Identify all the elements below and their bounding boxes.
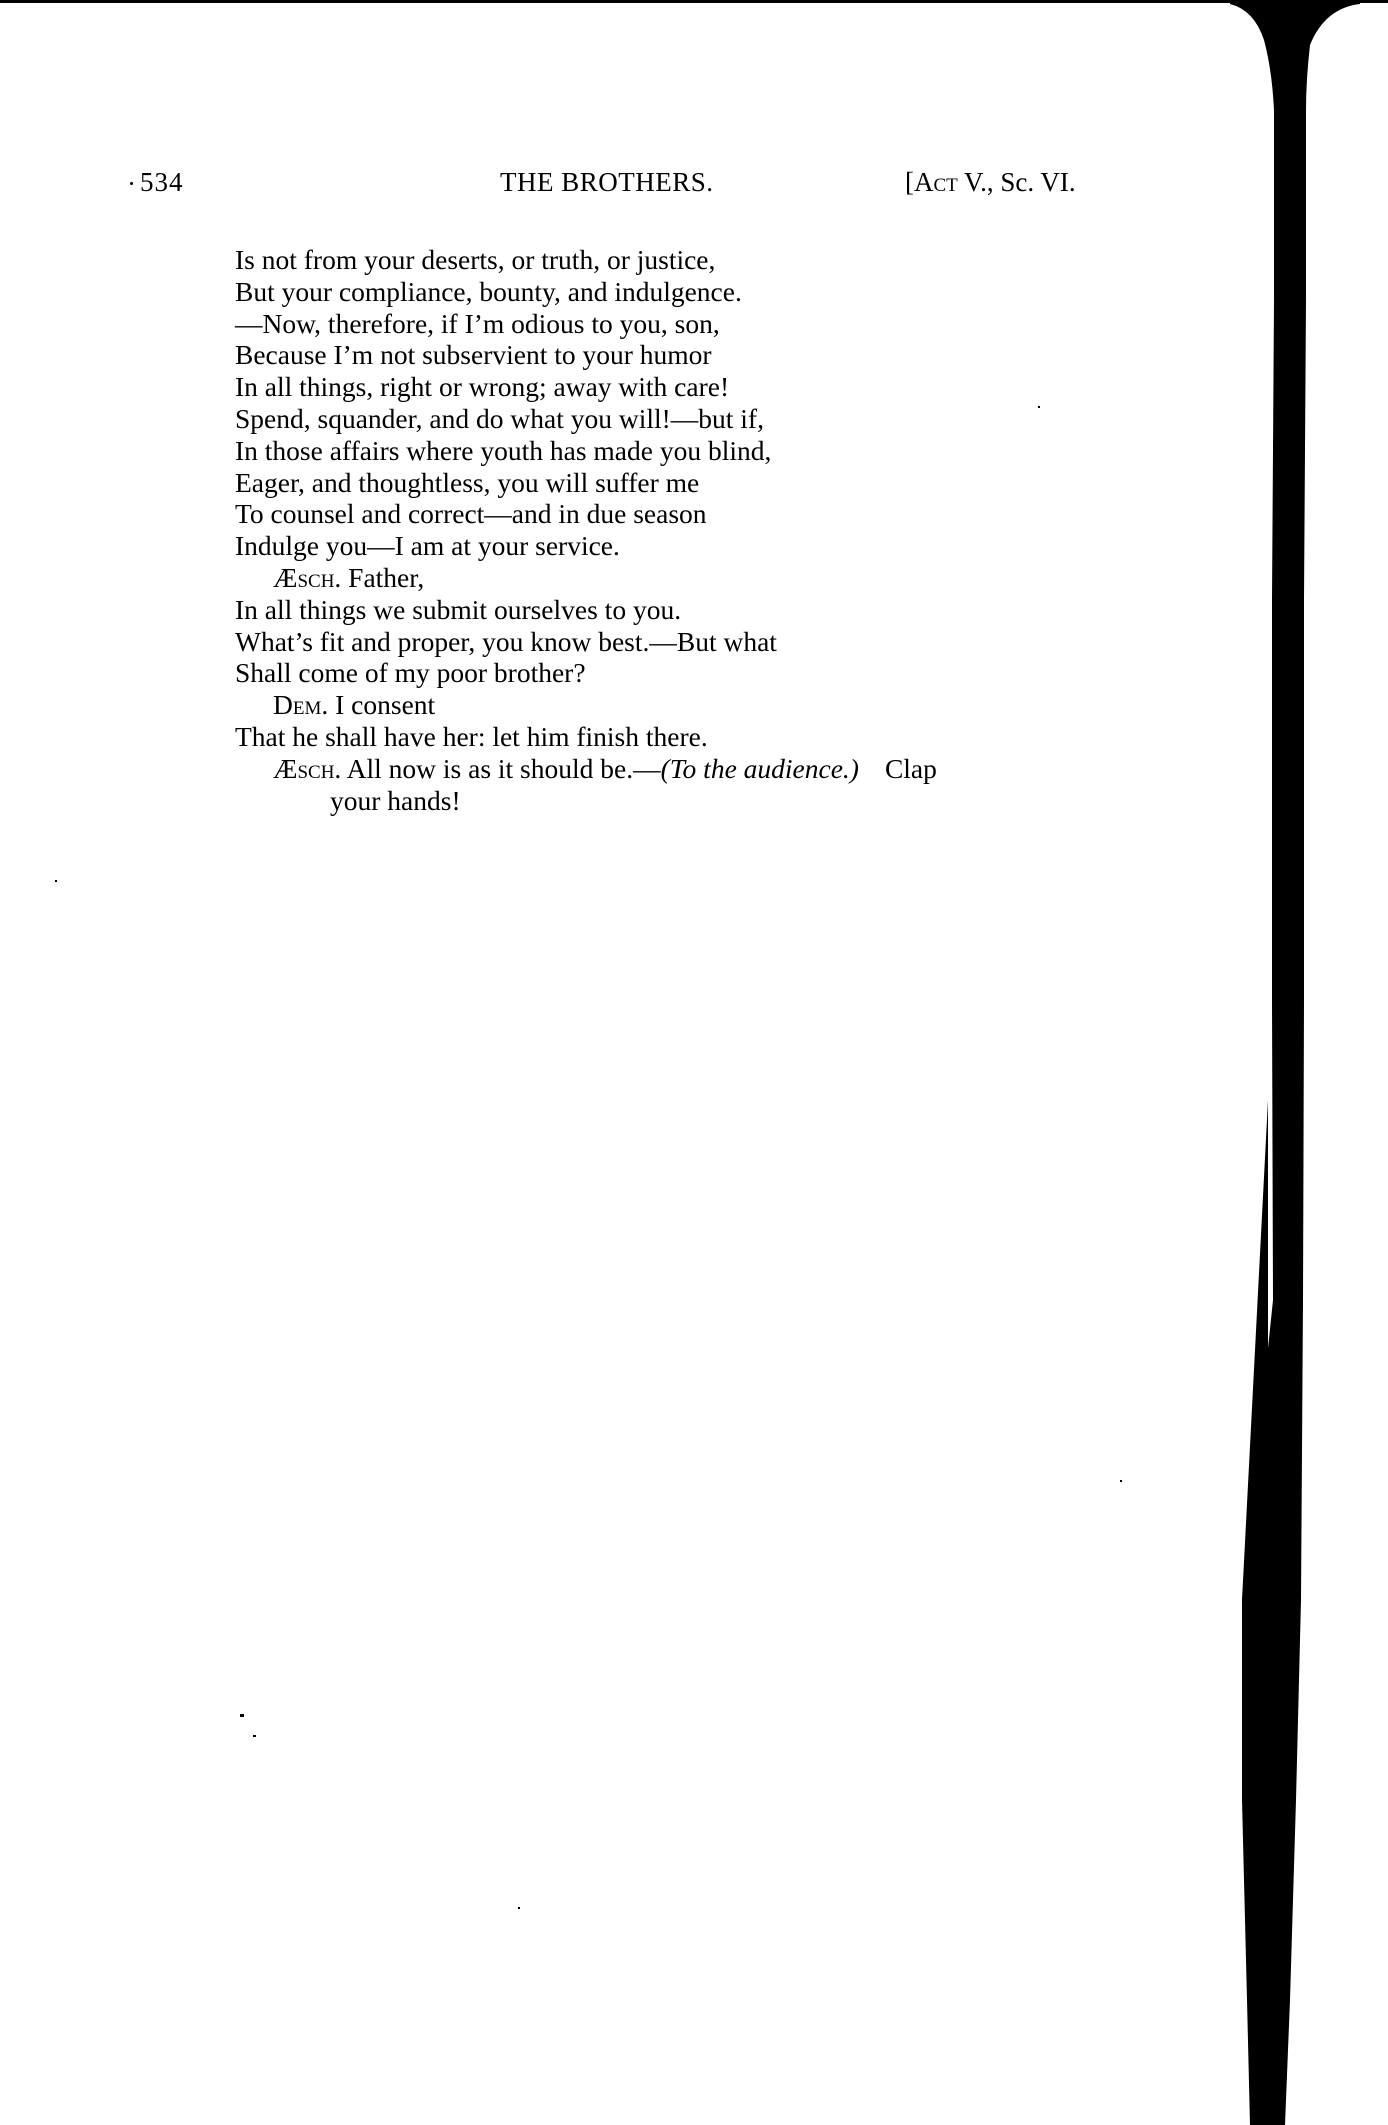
speech-text: Clap <box>885 753 937 784</box>
page-speck <box>1038 406 1040 408</box>
speech-text: I consent <box>335 689 435 720</box>
verse-line: To counsel and correct—and in due season <box>235 498 1175 530</box>
verse-line: In all things we submit ourselves to you… <box>235 594 1175 626</box>
page-number: 534 <box>140 167 184 198</box>
verse-line: Eager, and thoughtless, you will suffer … <box>235 467 1175 499</box>
verse-line: Æsch. All now is as it should be.—(To th… <box>235 753 1175 785</box>
verse-line: your hands! <box>235 785 1175 817</box>
page-speck <box>518 1907 520 1909</box>
speech-text: All now is as it should be.— <box>347 753 661 784</box>
verse-body: Is not from your deserts, or truth, or j… <box>235 244 1175 816</box>
verse-line: Indulge you—I am at your service. <box>235 530 1175 562</box>
page-top-edge <box>0 0 1388 3</box>
speech-text: Father, <box>348 562 424 593</box>
page-speck <box>253 1735 256 1737</box>
running-title: THE BROTHERS. <box>500 167 714 198</box>
bracket: [ <box>905 167 914 197</box>
scene-number: VI. <box>1040 167 1075 197</box>
page-speck <box>1120 1480 1122 1482</box>
verse-line: Æsch. Father, <box>235 562 1175 594</box>
verse-line: Shall come of my poor brother? <box>235 657 1175 689</box>
verse-line: Dem. I consent <box>235 689 1175 721</box>
binding-gutter-shadow <box>1230 0 1360 2125</box>
verse-line: In those affairs where youth has made yo… <box>235 435 1175 467</box>
running-head: 534 THE BROTHERS. [Act V., Sc. VI. <box>0 164 1388 200</box>
page-speck <box>130 182 133 185</box>
speaker-name: Dem. <box>273 689 328 720</box>
page-speck <box>240 1714 244 1717</box>
verse-line: Spend, squander, and do what you will!—b… <box>235 403 1175 435</box>
act-label: Act <box>914 167 958 197</box>
verse-line: That he shall have her: let him finish t… <box>235 721 1175 753</box>
act-number: V., <box>964 167 994 197</box>
verse-line: What’s fit and proper, you know best.—Bu… <box>235 626 1175 658</box>
verse-line: In all things, right or wrong; away with… <box>235 371 1175 403</box>
verse-line: Because I’m not subservient to your humo… <box>235 339 1175 371</box>
speaker-name: Æsch. <box>273 562 341 593</box>
speaker-name: Æsch. <box>273 753 341 784</box>
stage-direction: (To the audience.) <box>661 753 859 784</box>
verse-line: But your compliance, bounty, and indulge… <box>235 276 1175 308</box>
verse-line: —Now, therefore, if I’m odious to you, s… <box>235 308 1175 340</box>
page-speck <box>55 880 57 882</box>
act-scene-label: [Act V., Sc. VI. <box>905 167 1076 198</box>
verse-line: Is not from your deserts, or truth, or j… <box>235 244 1175 276</box>
scene-label: Sc. <box>1000 167 1034 197</box>
